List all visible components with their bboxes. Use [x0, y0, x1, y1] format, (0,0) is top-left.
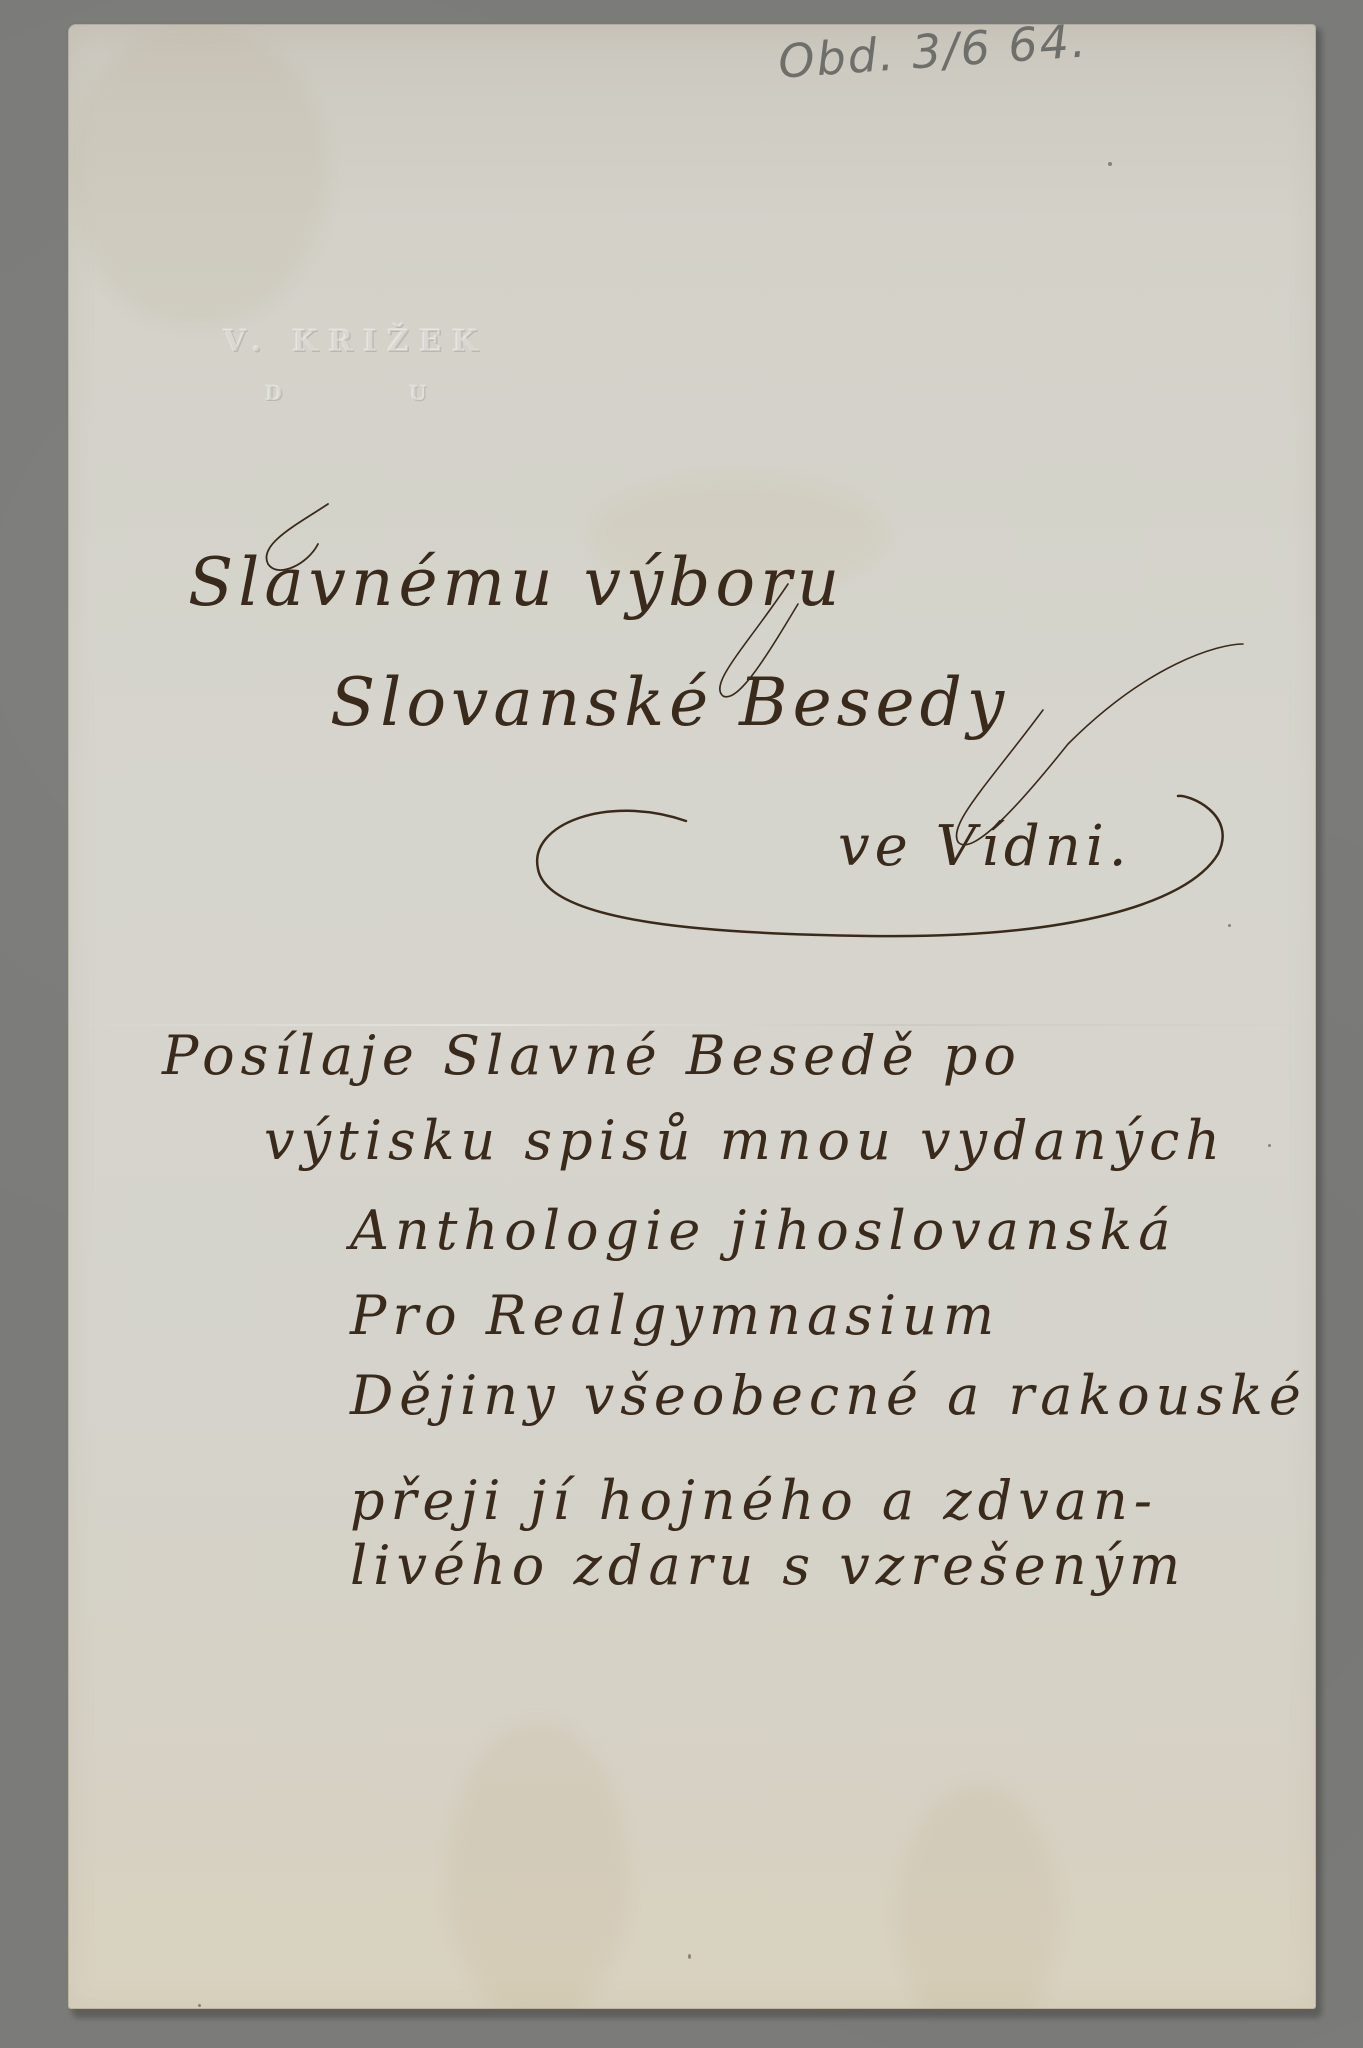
letter-page: Obd. 3/6 64. V. KRIŽEK D U Slavnému výbo… [68, 24, 1316, 2009]
embossed-publisher-stamp: V. KRIŽEK D U [223, 324, 543, 405]
body-line-5: Dějiny všeobecné a rakouské [350, 1364, 1307, 1427]
body-line-4: Pro Realgymnasium [350, 1284, 1000, 1347]
address-line-3: ve Vídni. [838, 814, 1132, 879]
ink-speck [1108, 162, 1112, 166]
paper-stain [68, 24, 328, 324]
body-line-3: Anthologie jihoslovanská [350, 1199, 1176, 1262]
ink-speck [198, 2004, 201, 2007]
stamp-name: V. KRIŽEK [223, 324, 543, 359]
body-line-1: Posílaje Slavné Besedě po [162, 1024, 1022, 1087]
stamp-subline: D U [265, 381, 543, 405]
pen-flourish-icon [68, 24, 1316, 2009]
body-line-2: výtisku spisů mnou vydaných [264, 1109, 1226, 1172]
body-line-7: livého zdaru s vzrešeným [350, 1534, 1186, 1597]
body-line-6: přeji jí hojného a zdvan- [350, 1469, 1158, 1532]
ink-speck [1228, 924, 1231, 927]
ink-speck [1268, 1144, 1271, 1147]
address-line-2: Slovanské Besedy [330, 664, 1009, 741]
address-line-1: Slavnému výboru [188, 544, 844, 621]
archive-pencil-note: Obd. 3/6 64. [776, 24, 1089, 89]
paper-stain [448, 1724, 628, 2009]
ink-speck [688, 1954, 691, 1959]
paper-stain [898, 1784, 1058, 2009]
